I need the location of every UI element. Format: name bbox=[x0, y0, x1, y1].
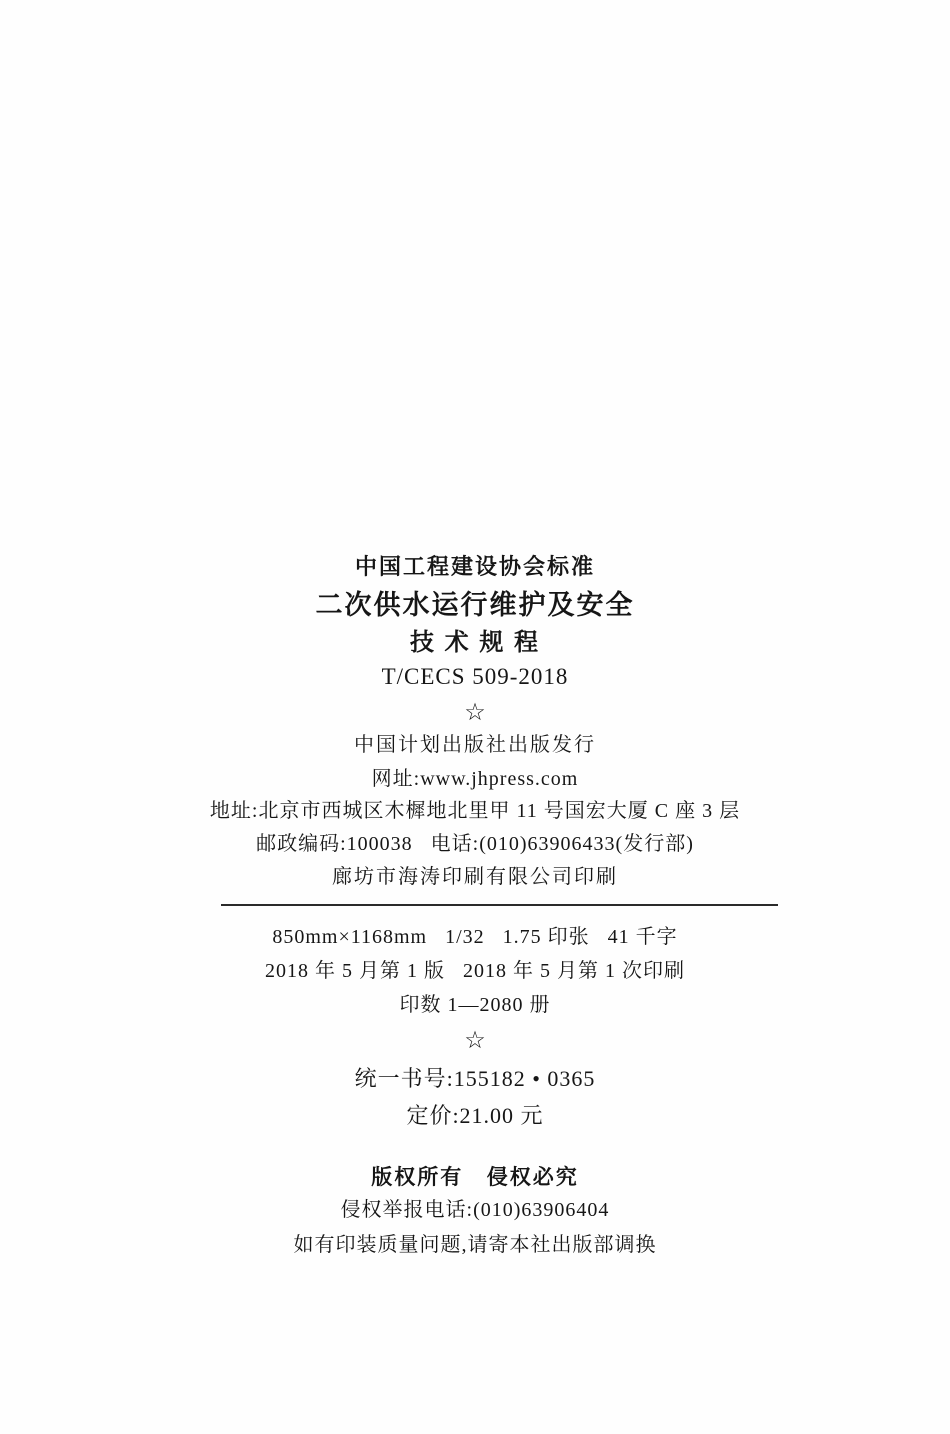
unified-book-number: 统一书号:155182 • 0365 bbox=[0, 1066, 950, 1091]
format-and-sheets-line: 850mm×1168mm 1/32 1.75 印张 41 千字 bbox=[0, 926, 950, 949]
book-title-line2: 技 术 规 程 bbox=[0, 629, 950, 657]
print-run-line: 印数 1—2080 册 bbox=[0, 994, 950, 1017]
copyright-notice: 版权所有 侵权必究 bbox=[0, 1166, 950, 1190]
star-icon: ☆ bbox=[0, 700, 950, 728]
infringement-report-phone: 侵权举报电话:(010)63906404 bbox=[0, 1199, 950, 1222]
publisher-website: 网址:www.jhpress.com bbox=[0, 768, 950, 791]
association-standard-label: 中国工程建设协会标准 bbox=[0, 554, 950, 579]
printer-line: 廊坊市海涛印刷有限公司印刷 bbox=[0, 866, 950, 889]
publisher-address: 地址:北京市西城区木樨地北里甲 11 号国宏大厦 C 座 3 层 bbox=[0, 800, 950, 823]
star-icon: ☆ bbox=[0, 1028, 950, 1056]
colophon-page: 中国工程建设协会标准 二次供水运行维护及安全 技 术 规 程 T/CECS 50… bbox=[0, 0, 950, 1434]
divider-line bbox=[221, 904, 778, 906]
edition-printing-line: 2018 年 5 月第 1 版 2018 年 5 月第 1 次印刷 bbox=[0, 960, 950, 983]
book-title-line1: 二次供水运行维护及安全 bbox=[0, 590, 950, 621]
publisher-line: 中国计划出版社出版发行 bbox=[0, 734, 950, 757]
postcode-and-phone: 邮政编码:100038 电话:(010)63906433(发行部) bbox=[0, 833, 950, 856]
print-quality-note: 如有印装质量问题,请寄本社出版部调换 bbox=[0, 1234, 950, 1257]
price-line: 定价:21.00 元 bbox=[0, 1103, 950, 1128]
standard-code: T/CECS 509-2018 bbox=[0, 664, 950, 690]
